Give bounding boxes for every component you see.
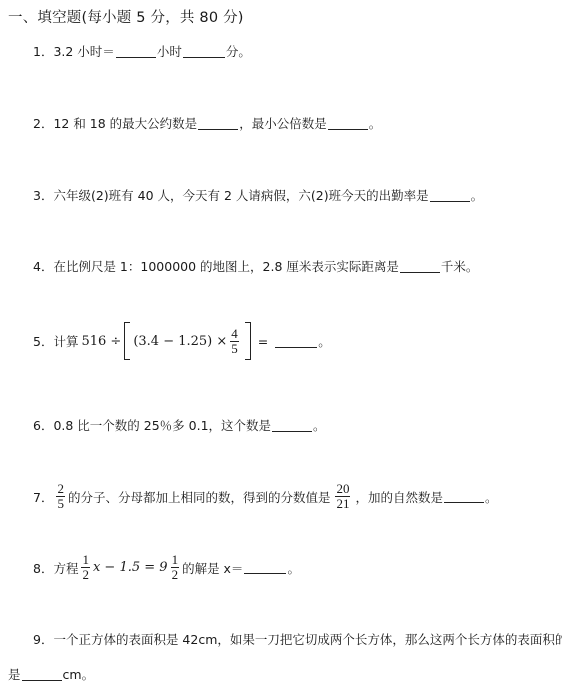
fraction: 2 5	[56, 482, 65, 511]
answer-blank[interactable]	[198, 117, 238, 130]
question-3: 3． 六年级(2)班有 40 人，今天有 2 人请病假，六(2)班今天的出勤率是…	[33, 186, 483, 204]
question-text: 小时	[157, 42, 182, 60]
answer-blank[interactable]	[22, 668, 62, 681]
fraction: 1 2	[81, 553, 90, 582]
question-number: 6．	[33, 416, 53, 434]
question-text: 是	[8, 665, 21, 683]
answer-blank[interactable]	[244, 561, 286, 574]
question-number: 1．	[33, 42, 53, 60]
question-text: cm。	[63, 665, 95, 683]
question-number: 5．	[33, 332, 53, 350]
question-text: 0.8 比一个数的 25％多 0.1，这个数是	[53, 416, 271, 434]
question-text: 。	[485, 488, 498, 506]
left-bracket-icon	[124, 322, 130, 360]
question-number: 3．	[33, 186, 53, 204]
question-text: 的解是 x＝	[182, 559, 243, 577]
question-text: 一个正方体的表面积是 42cm，如果一刀把它切成两个长方体，那么这两个长方体的表…	[53, 630, 562, 648]
question-text: ，最小公倍数是	[239, 114, 327, 132]
answer-blank[interactable]	[444, 490, 484, 503]
answer-blank[interactable]	[116, 45, 156, 58]
question-text: 3.2 小时＝	[53, 42, 114, 60]
math-expression: (3.4 − 1.25) ×	[133, 334, 227, 349]
answer-blank[interactable]	[183, 45, 225, 58]
question-4: 4． 在比例尺是 1：1000000 的地图上，2.8 厘米表示实际距离是 千米…	[33, 257, 478, 275]
section-title: 一、填空题(每小题 5 分，共 80 分)	[8, 6, 244, 27]
question-text: 计算	[53, 332, 78, 350]
answer-blank[interactable]	[275, 335, 317, 348]
question-text: 。	[287, 559, 300, 577]
question-6: 6． 0.8 比一个数的 25％多 0.1，这个数是 。	[33, 416, 326, 434]
question-9-continued: 是 cm。	[8, 665, 94, 683]
fraction: 4 5	[230, 327, 239, 356]
question-number: 4．	[33, 257, 53, 275]
question-text: ，加的自然数是	[355, 488, 443, 506]
question-number: 2．	[33, 114, 53, 132]
fraction: 1 2	[171, 553, 180, 582]
question-text: 千米。	[441, 257, 479, 275]
question-7: 7． 2 5 的分子、分母都加上相同的数，得到的分数值是 20 21 ，加的自然…	[33, 482, 498, 511]
question-text: 。	[313, 416, 326, 434]
question-5: 5． 计算 516 ÷ (3.4 − 1.25) × 4 5 = 。	[33, 322, 331, 360]
question-number: 8．	[33, 559, 53, 577]
question-8: 8． 方程 1 2 x − 1.5 = 9 1 2 的解是 x＝ 。	[33, 553, 300, 582]
answer-blank[interactable]	[400, 260, 440, 273]
equals-sign: =	[258, 334, 268, 349]
fraction: 20 21	[335, 482, 350, 511]
question-text: 方程	[53, 559, 78, 577]
question-text: 的分子、分母都加上相同的数，得到的分数值是	[68, 488, 331, 506]
question-text: 六年级(2)班有 40 人，今天有 2 人请病假，六(2)班今天的出勤率是	[53, 186, 428, 204]
question-text: 在比例尺是 1：1000000 的地图上，2.8 厘米表示实际距离是	[53, 257, 398, 275]
math-expression: x − 1.5 = 9	[93, 560, 168, 575]
right-bracket-icon	[245, 322, 251, 360]
question-text: 。	[471, 186, 484, 204]
question-1: 1． 3.2 小时＝ 小时 分。	[33, 42, 251, 60]
question-number: 9．	[33, 630, 53, 648]
question-text: 。	[369, 114, 382, 132]
question-text: 分。	[226, 42, 251, 60]
answer-blank[interactable]	[272, 419, 312, 432]
math-expression: 516 ÷	[81, 334, 121, 349]
question-text: 12 和 18 的最大公约数是	[53, 114, 197, 132]
question-text: 。	[318, 332, 331, 350]
answer-blank[interactable]	[328, 117, 368, 130]
answer-blank[interactable]	[430, 189, 470, 202]
question-9: 9． 一个正方体的表面积是 42cm，如果一刀把它切成两个长方体，那么这两个长方…	[33, 630, 562, 648]
question-number: 7．	[33, 488, 53, 506]
question-2: 2． 12 和 18 的最大公约数是 ，最小公倍数是 。	[33, 114, 381, 132]
